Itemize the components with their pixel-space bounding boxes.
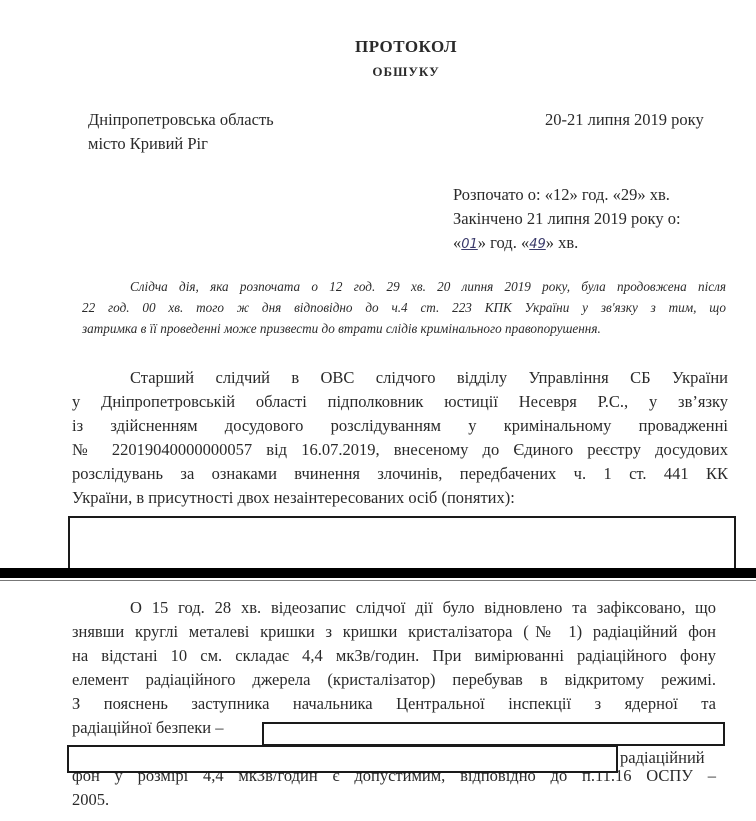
end-time: «01» год. «49» хв. xyxy=(453,231,578,257)
handwritten-minute: 49 xyxy=(529,237,546,252)
end-time-open: « xyxy=(453,233,461,252)
para-line: З пояснень заступника начальника Централ… xyxy=(72,692,716,716)
radiation-paragraph: О 15 год. 28 хв. відеозапис слідчої дії … xyxy=(72,596,716,811)
para-line: Старший слідчий в ОВС слідчого відділу У… xyxy=(72,366,728,390)
end-date: Закінчено 21 липня 2019 року о: xyxy=(453,207,681,231)
para-line: знявши круглі металеві кришки з кришки к… xyxy=(72,620,716,644)
note-line: затримка в її проведенні може призвести … xyxy=(82,317,726,341)
redacted-name-box-2 xyxy=(67,745,618,773)
para-line: із здійсненням досудового розслідуванням… xyxy=(72,414,728,438)
para-line: на відстані 10 см. складає 4,4 мкЗв/годи… xyxy=(72,644,716,668)
para-line: 2005. xyxy=(72,788,716,812)
para-line: № 22019040000000057 від 16.07.2019, внес… xyxy=(72,438,728,462)
document-title: ПРОТОКОЛ xyxy=(0,37,756,57)
investigator-paragraph: Старший слідчий в ОВС слідчого відділу У… xyxy=(72,366,728,516)
redacted-witnesses-box xyxy=(68,516,736,576)
para-line: розслідувань за ознаками вчинення злочин… xyxy=(72,462,728,486)
para-line: України, в присутності двох незаінтересо… xyxy=(72,486,728,510)
para-line-fragment: радіаційний xyxy=(620,748,705,768)
start-time: Розпочато о: «12» год. «29» хв. xyxy=(453,183,670,207)
page-separator-bar xyxy=(0,568,756,578)
redacted-name-box xyxy=(262,722,725,746)
para-line: елемент радіаційного джерела (кристаліза… xyxy=(72,668,716,692)
para-line: О 15 год. 28 хв. відеозапис слідчої дії … xyxy=(72,596,716,620)
delay-note: Слідча дія, яка розпочата о 12 год. 29 х… xyxy=(82,275,726,341)
para-line: у Дніпропетровській області підполковник… xyxy=(72,390,728,414)
end-time-close: » хв. xyxy=(546,233,579,252)
date-label: 20-21 липня 2019 року xyxy=(545,108,704,132)
end-time-mid: » год. « xyxy=(478,233,529,252)
document-subtitle: ОБШУКУ xyxy=(0,64,756,80)
handwritten-hour: 01 xyxy=(461,237,478,252)
region-label: Дніпропетровська область xyxy=(88,108,274,132)
city-label: місто Кривий Ріг xyxy=(88,132,208,156)
page-separator-line xyxy=(0,580,756,581)
